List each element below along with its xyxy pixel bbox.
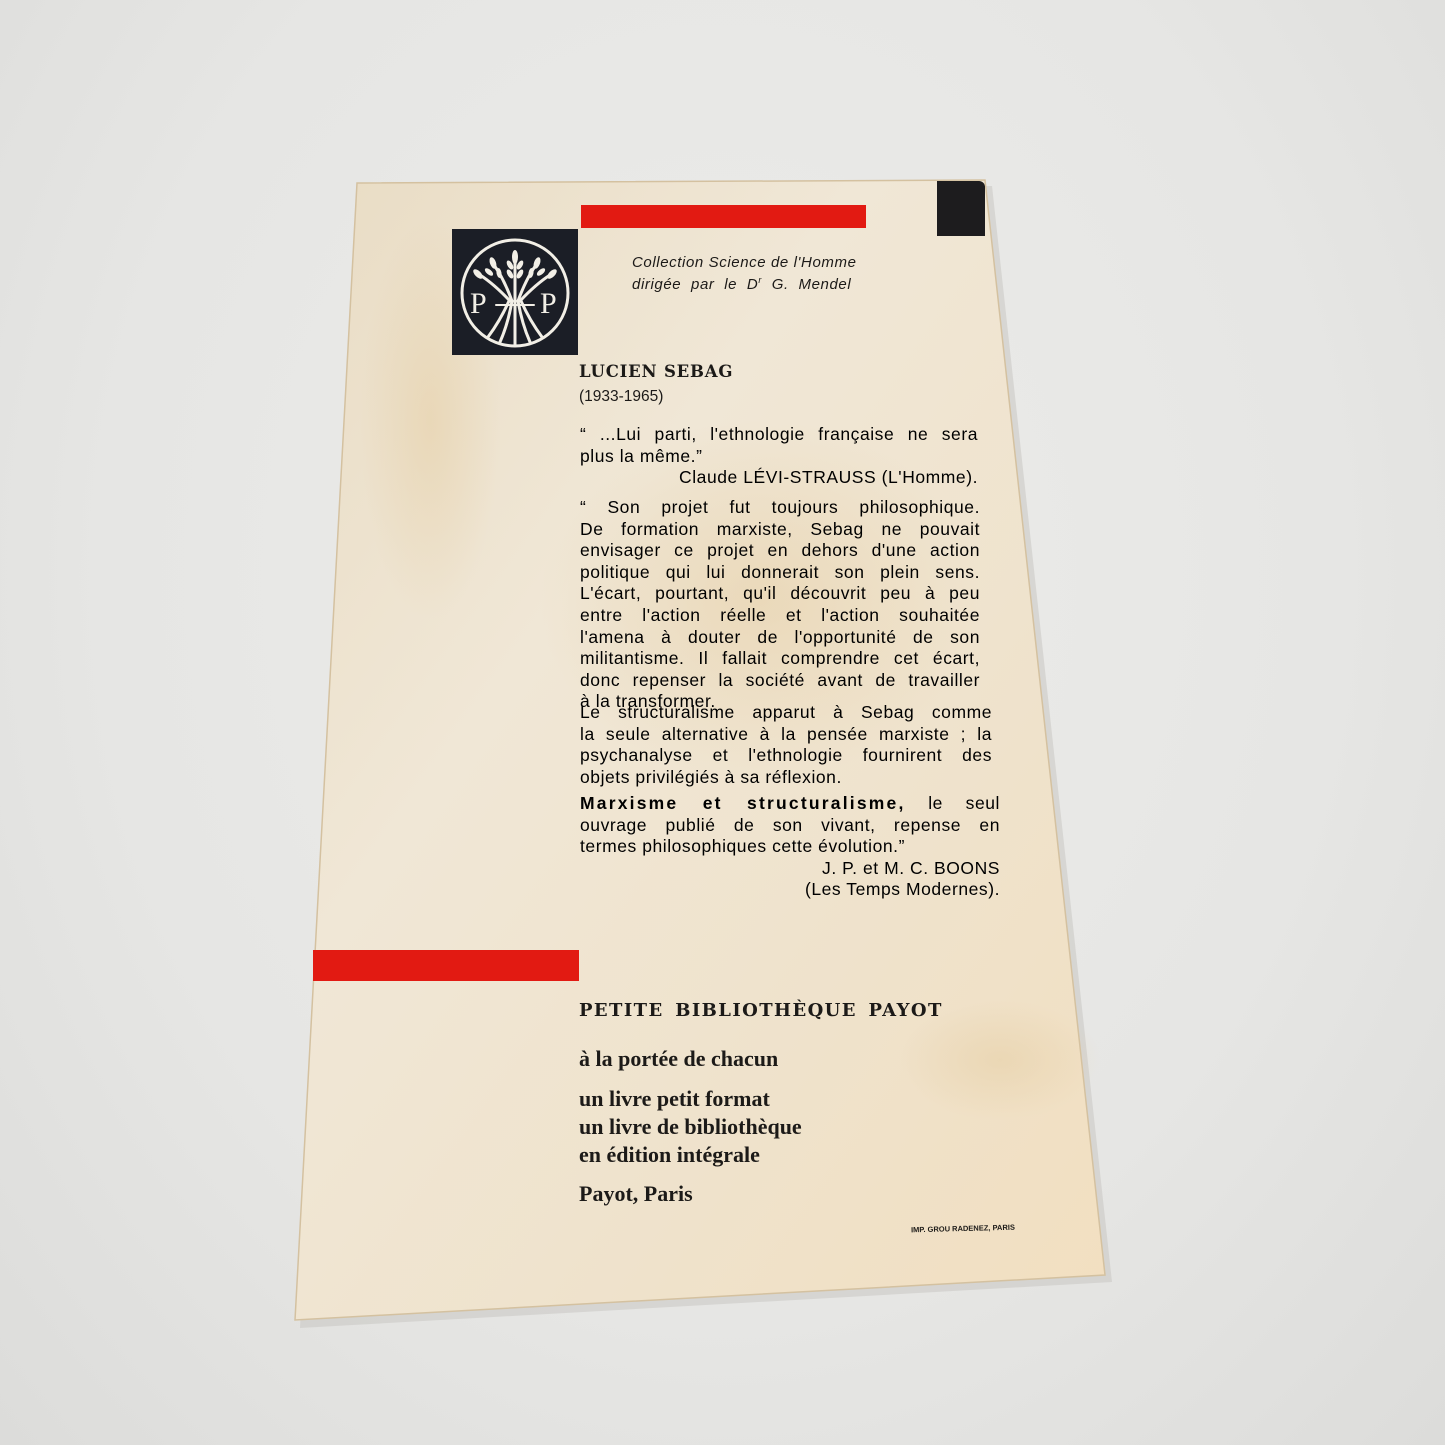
quote-boons-paragraph-2: Le structuralisme apparut à Sebag comme … [580,702,992,788]
quote-levi-strauss: “ ...Lui parti, l'ethnologie française n… [580,424,978,489]
logo-letter-left: P [470,287,487,320]
publisher-logo: P P [452,229,578,355]
series-feature: un livre de bibliothèque [579,1114,802,1140]
wheat-sheaf-icon: P P [452,229,578,355]
series-title: PETITE BIBLIOTHÈQUE PAYOT [579,1000,943,1021]
collection-line-2: dirigée par le Dr G. Mendel [632,275,851,293]
logo-letter-right: P [540,287,557,320]
quote2-line: De formation marxiste, Sebag ne pouvait [580,519,980,541]
quote2-line: Marxisme et structuralisme, le seul [580,793,1000,815]
author-dates: (1933-1965) [579,388,663,406]
quote2-line: l'amena à douter de l'opportunité de son [580,627,980,649]
quote-boons-paragraph-3: Marxisme et structuralisme, le seul ouvr… [580,793,1000,901]
quote2-line: militantisme. Il fallait comprendre cet … [580,648,980,670]
series-tagline: à la portée de chacun [579,1046,778,1072]
quote2-line: termes philosophiques cette évolution.” [580,836,1000,858]
quote2-line: la seule alternative à la pensée marxist… [580,724,992,746]
top-red-stripe [581,205,866,228]
quote2-line: donc repenser la société avant de travai… [580,670,980,692]
author-name: LUCIEN SEBAG [579,362,733,381]
quote1-line: plus la même.” [580,446,978,468]
publisher-name: Payot, Paris [579,1181,693,1207]
quote1-attribution: Claude LÉVI-STRAUSS (L'Homme). [580,467,978,489]
quote2-line: envisager ce projet en dehors d'une acti… [580,540,980,562]
spine-corner [937,181,985,236]
quote2-source: (Les Temps Modernes). [580,879,1000,901]
quote2-line: psychanalyse et l'ethnologie fournirent … [580,745,992,767]
quote2-line: politique qui lui donnerait son plein se… [580,562,980,584]
quote2-line: L'écart, pourtant, qu'il découvrit peu à… [580,583,980,605]
quote2-line: ouvrage publié de son vivant, repense en [580,815,1000,837]
quote2-line: objets privilégiés à sa réflexion. [580,767,992,789]
quote2-attribution: J. P. et M. C. BOONS [580,858,1000,880]
series-feature: en édition intégrale [579,1142,760,1168]
quote2-line: Le structuralisme apparut à Sebag comme [580,702,992,724]
quote2-line: entre l'action réelle et l'action souhai… [580,605,980,627]
series-feature: un livre petit format [579,1086,770,1112]
bottom-red-stripe [313,950,579,981]
collection-line-1: Collection Science de l'Homme [632,254,857,271]
quote1-line: “ ...Lui parti, l'ethnologie française n… [580,424,978,446]
quote-boons-paragraph-1: “ Son projet fut toujours philosophique.… [580,497,980,713]
book-title-bold: Marxisme et structuralisme, [580,793,906,813]
quote2-line: “ Son projet fut toujours philosophique. [580,497,980,519]
